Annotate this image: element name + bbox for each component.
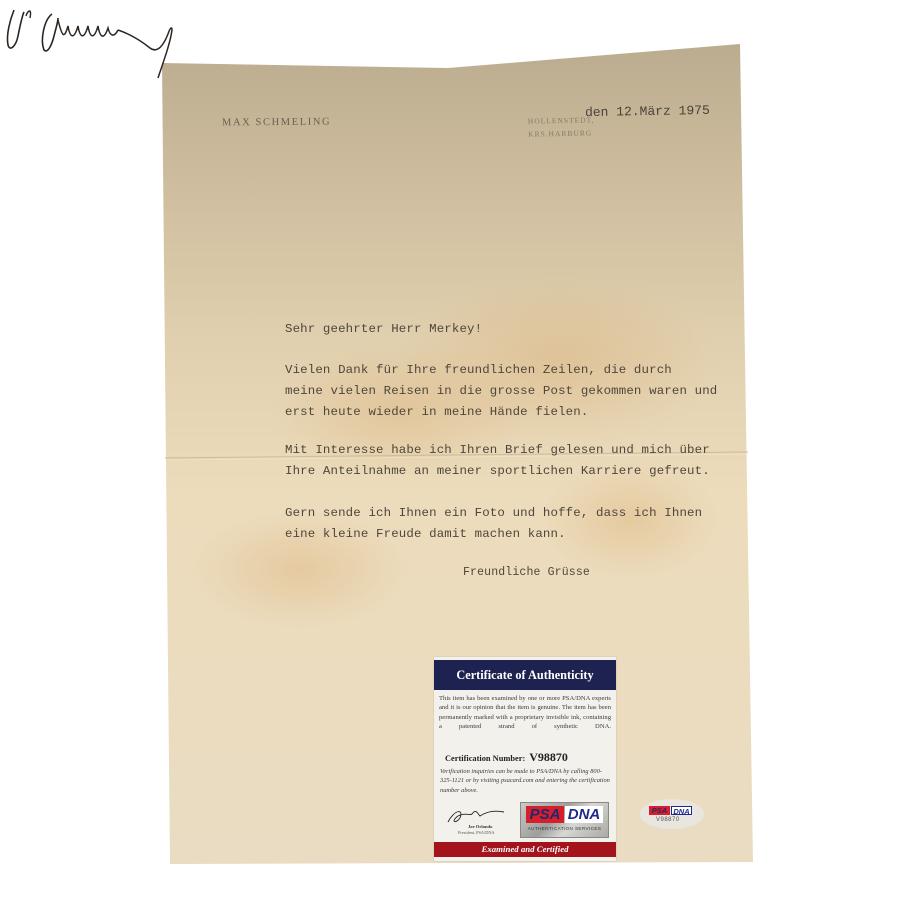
sticker-dna-text: DNA <box>671 806 692 815</box>
psa-dna-sticker: PSA DNA V98870 <box>640 799 704 829</box>
signer-signature-icon <box>444 804 514 826</box>
coa-signer-name: Joe Orlando <box>468 824 492 829</box>
letter-paper: MAX SCHMELING HOLLENSTEDT, KRS.HARBURG d… <box>0 0 909 909</box>
letter-closing: Freundliche Grüsse <box>463 566 590 579</box>
coa-title: Certificate of Authenticity <box>434 660 616 690</box>
letter-line: Ihre Anteilnahme an meiner sportlichen K… <box>285 464 710 478</box>
letter-line: Mit Interesse habe ich Ihren Brief geles… <box>285 443 710 457</box>
letter-line: Gern sende ich Ihnen ein Foto und hoffe,… <box>285 506 702 520</box>
psa-logo-caption: AUTHENTICATION SERVICES <box>524 826 605 831</box>
dna-logo-text: DNA <box>565 806 603 823</box>
letter-line: erst heute wieder in meine Hände fielen. <box>285 405 588 419</box>
letterhead-place-line2: KRS.HARBURG <box>528 126 595 140</box>
psa-dna-logo: PSA DNA <box>526 806 603 823</box>
letter-line: eine kleine Freude damit machen kann. <box>285 527 566 541</box>
handwritten-signature <box>0 0 180 80</box>
psa-dna-hologram: PSA DNA AUTHENTICATION SERVICES <box>520 802 609 838</box>
coa-cert-label: Certification Number: <box>445 754 525 763</box>
sticker-number: V98870 <box>656 817 680 823</box>
coa-cert-value: V98870 <box>529 750 568 764</box>
sticker-psa-text: PSA <box>649 806 670 815</box>
coa-body-text: This item has been examined by one or mo… <box>439 694 611 731</box>
letter-date: den 12.März 1975 <box>585 103 710 120</box>
letterhead-name: MAX SCHMELING <box>222 117 331 129</box>
coa-verification-text: Verification inquiries can be made to PS… <box>440 767 610 795</box>
coa-cert-number: Certification Number:V98870 <box>445 750 568 765</box>
psa-logo-text: PSA <box>526 806 564 823</box>
certificate-of-authenticity: Certificate of Authenticity This item ha… <box>434 657 616 861</box>
coa-signer: Joe Orlando President, PSA/DNA <box>444 804 514 840</box>
sticker-logo: PSA DNA <box>649 806 693 815</box>
letter-salutation: Sehr geehrter Herr Merkey! <box>285 322 482 336</box>
letter-line: meine vielen Reisen in die grosse Post g… <box>285 384 717 398</box>
coa-footer: Examined and Certified <box>434 842 616 857</box>
coa-signer-title: President, PSA/DNA <box>458 830 495 835</box>
letter-line: Vielen Dank für Ihre freundlichen Zeilen… <box>285 363 672 377</box>
